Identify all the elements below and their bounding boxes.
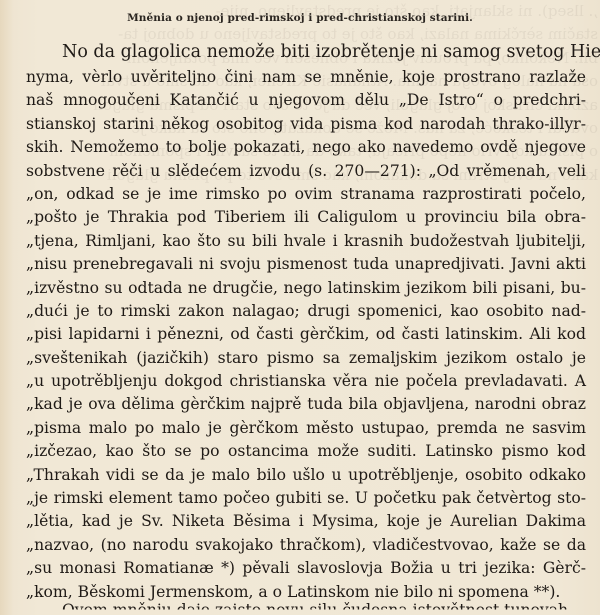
body-text: No da glagolica nemože biti izobrětenje …	[26, 40, 586, 615]
text-line: „su monasi Romatianæ *) pěvali slavoslov…	[26, 557, 586, 580]
text-line: „on, odkad se je ime rimsko po ovim stra…	[26, 183, 586, 206]
text-line: sobstvene rěči u slědećem izvodu (s. 270…	[26, 160, 586, 183]
running-head: Mněnia o njenoj pred-rimskoj i pred-chri…	[0, 12, 600, 24]
text-line: „pisma malo po malo je gèrčkom město ust…	[26, 417, 586, 440]
text-line: „lětia, kad je Sv. Niketa Běsima i Mysim…	[26, 510, 586, 533]
text-line: „sveštenikah (jazičkih) staro pismo sa z…	[26, 347, 586, 370]
scanned-book-page: ,. llseq). ni sklanjati, kao što je pred…	[0, 0, 600, 615]
text-line: „nazvao, (no narodu svakojako thračkom),…	[26, 534, 586, 557]
text-line: „dući je to rimski zakon nalagao; drugi …	[26, 300, 586, 323]
text-line: „pošto je Thrakia pod Tiberiem ili Calig…	[26, 206, 586, 229]
text-line: „u upotrěbljenju dokgod christianska věr…	[26, 370, 586, 393]
text-line: „izčezao, kao što se po ostancima može s…	[26, 440, 586, 463]
text-line: „kad je ova dělima gèrčkim najprě tuda b…	[26, 393, 586, 416]
text-line: „nisu prenebregavali ni svoju pismenost …	[26, 253, 586, 276]
text-line: „izvěstno su odtada ne drugčie, nego lat…	[26, 277, 586, 300]
text-line: skih. Nemožemo to bolje pokazati, nego a…	[26, 136, 586, 159]
text-line: nyma, vèrlo uvěriteljno čini nam se mněn…	[26, 66, 586, 89]
text-line: „je rimski element tamo počeo gubiti se.…	[26, 487, 586, 510]
text-line: No da glagolica nemože biti izobrětenje …	[26, 40, 586, 65]
text-line: naš mnogoučeni Katančić u njegovom dělu …	[26, 89, 586, 112]
text-line: „Thrakah vidi se da je malo bilo ušlo u …	[26, 464, 586, 487]
text-line: stianskoj starini někog osobitog vida pi…	[26, 113, 586, 136]
text-line-partial: Ovom mněnju daje zaisto novu silu čudesn…	[26, 599, 586, 615]
text-line: „tjena, Rimljani, kao što su bili hvale …	[26, 230, 586, 253]
text-line: „pisi lapidarni i pěnezni, od časti gèrč…	[26, 323, 586, 346]
